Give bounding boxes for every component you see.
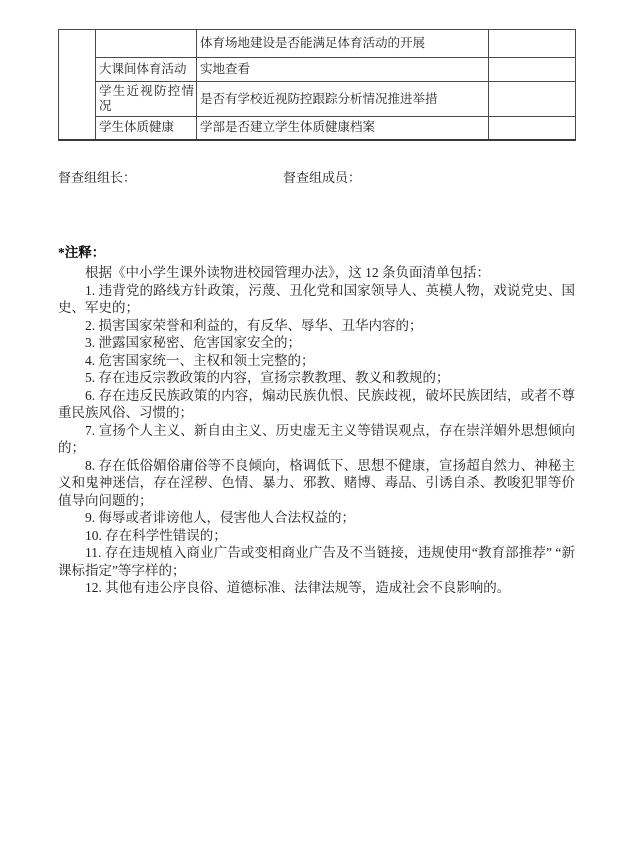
table-cell-result xyxy=(489,30,576,58)
table-cell-criteria: 体育场地建设是否能满足体育活动的开展 xyxy=(197,30,489,58)
inspection-table: 体育场地建设是否能满足体育活动的开展 大课间体育活动 实地查看 学生近视防控情况… xyxy=(58,29,576,141)
notes-intro: 根据《中小学生课外读物进校园管理办法》，这 12 条负面清单包括： xyxy=(58,264,575,282)
table-cell-category xyxy=(59,30,96,140)
table-cell-item xyxy=(96,30,197,58)
table-cell-result xyxy=(489,82,576,117)
table-cell-criteria: 是否有学校近视防控跟踪分析情况推进举措 xyxy=(197,82,489,117)
note-item: 8. 存在低俗媚俗庸俗等不良倾向，格调低下、思想不健康，宣扬超自然力、神秘主义和… xyxy=(58,457,575,510)
table-cell-result xyxy=(489,58,576,82)
document-page: 体育场地建设是否能满足体育活动的开展 大课间体育活动 实地查看 学生近视防控情况… xyxy=(0,0,633,863)
table-cell-item: 学生体质健康 xyxy=(96,117,197,140)
note-item: 4. 危害国家统一、主权和领土完整的； xyxy=(58,352,575,370)
table-row: 大课间体育活动 实地查看 xyxy=(59,58,576,82)
notes-heading: *注释： xyxy=(58,241,105,261)
note-item: 7. 宣扬个人主义、新自由主义、历史虚无主义等错误观点，存在崇洋媚外思想倾向的； xyxy=(58,422,575,457)
table-cell-criteria: 学部是否建立学生体质健康档案 xyxy=(197,117,489,140)
inspection-members-label: 督查组成员： xyxy=(283,167,361,186)
note-item: 2. 损害国家荣誉和利益的，有反华、辱华、丑华内容的； xyxy=(58,317,575,335)
note-item: 11. 存在违规植入商业广告或变相商业广告及不当链接，违规使用“教育部推荐” “… xyxy=(58,544,575,579)
note-item: 1. 违背党的路线方针政策，污蔑、丑化党和国家领导人、英模人物，戏说党史、国史、… xyxy=(58,282,575,317)
table-cell-criteria: 实地查看 xyxy=(197,58,489,82)
note-item: 6. 存在违反民族政策的内容，煽动民族仇恨、民族歧视，破坏民族团结，或者不尊重民… xyxy=(58,387,575,422)
table-row: 学生体质健康 学部是否建立学生体质健康档案 xyxy=(59,117,576,140)
note-item: 5. 存在违反宗教政策的内容，宣扬宗教教理、教义和教规的； xyxy=(58,369,575,387)
note-item: 12. 其他有违公序良俗、道德标准、法律法规等，造成社会不良影响的。 xyxy=(58,579,575,597)
note-item: 3. 泄露国家秘密、危害国家安全的； xyxy=(58,334,575,352)
note-item: 10. 存在科学性错误的； xyxy=(58,527,575,545)
table-row: 学生近视防控情况 是否有学校近视防控跟踪分析情况推进举措 xyxy=(59,82,576,117)
table-cell-item: 大课间体育活动 xyxy=(96,58,197,82)
inspection-leader-label: 督查组组长： xyxy=(58,167,136,186)
notes-body: 根据《中小学生课外读物进校园管理办法》，这 12 条负面清单包括： 1. 违背党… xyxy=(58,264,575,597)
table-cell-item: 学生近视防控情况 xyxy=(96,82,197,117)
note-item: 9. 侮辱或者诽谤他人，侵害他人合法权益的； xyxy=(58,509,575,527)
table-cell-result xyxy=(489,117,576,140)
table-row: 体育场地建设是否能满足体育活动的开展 xyxy=(59,30,576,58)
